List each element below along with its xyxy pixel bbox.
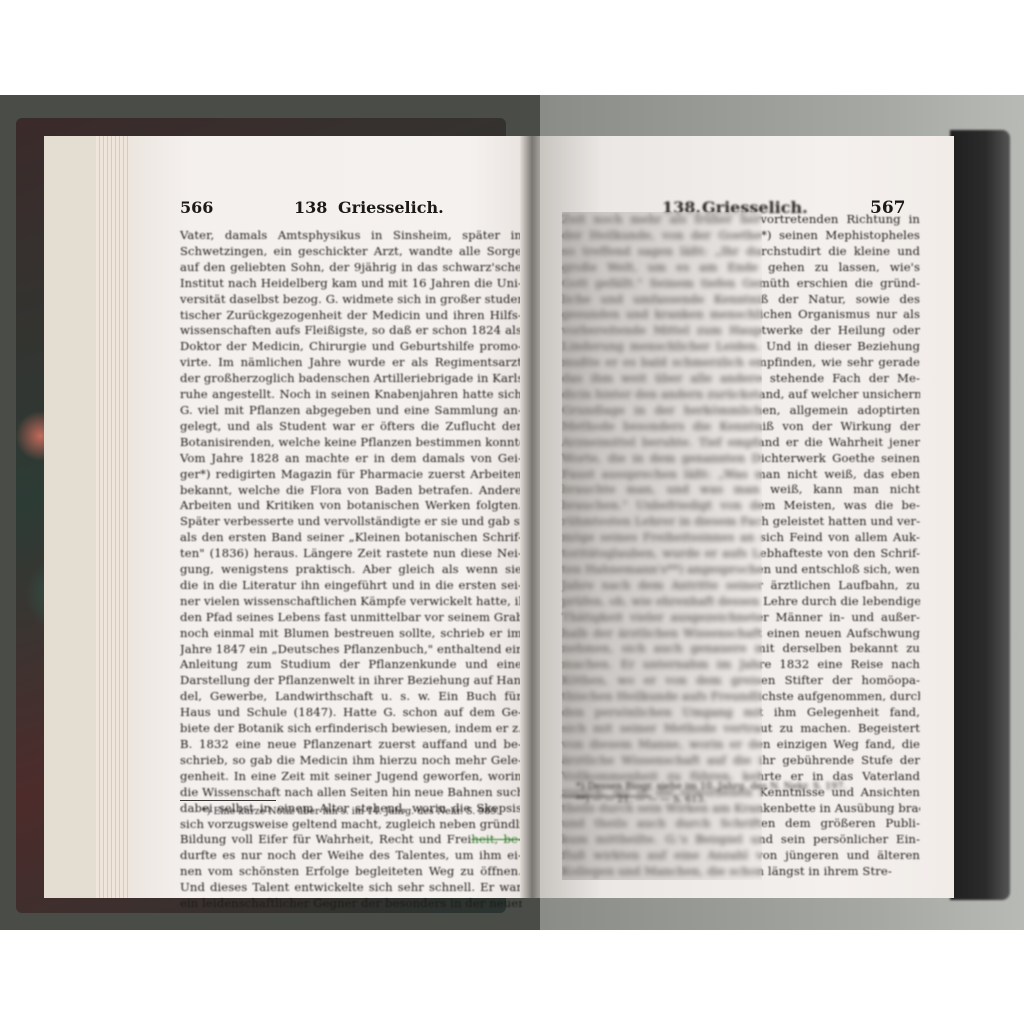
footnote-right-1: *) Dessen Biogr. siehe im 10. Jahrg. des… <box>576 780 846 793</box>
text-line: die Wissenschaft nach allen Seiten hin n… <box>180 785 522 801</box>
text-line: große Welt, um es am Ende gehen zu lasse… <box>562 260 920 276</box>
page-number-left: 566 <box>180 198 213 217</box>
text-line: Arzneimittel beruhte. Tief empfand er di… <box>562 435 920 451</box>
text-line: ruhe angestellt. Noch in seinen Knabenja… <box>180 387 522 403</box>
text-line: Haus und Schule (1847). Hatte G. schon a… <box>180 705 522 721</box>
text-line: den Pfad seines Lebens fast unmittelbar … <box>180 610 522 626</box>
text-line: ein leidenschaftlicher Gegner der besond… <box>180 896 522 912</box>
text-line: auf den geliebten Sohn, der 9jährig in d… <box>180 260 522 276</box>
text-line: Jahre 1847 ein „Deutsches Pflanzenbuch,"… <box>180 642 522 658</box>
text-line: biete der Botanik sich erfinderisch bewi… <box>180 721 522 737</box>
text-line: halb der ärztlichen Wissenschaft einen n… <box>562 626 920 642</box>
text-line: Schwetzingen, ein geschickter Arzt, wand… <box>180 244 522 260</box>
text-line: gelegt, und als Student war er öfters di… <box>180 419 522 435</box>
text-line: Und dieses Talent entwickelte sich sehr … <box>180 880 522 896</box>
text-line: Grundlage in der herkömmlichen, allgemei… <box>562 403 920 419</box>
text-line: nen vom schönsten Erfolge begleiteten We… <box>180 864 522 880</box>
text-line: B. 1832 eine neue Pflanzenart zuerst auf… <box>180 737 522 753</box>
text-line: Institut nach Heidelberg kam und mit 16 … <box>180 276 522 292</box>
text-line: tischer Zurückgezogenheit der Medicin un… <box>180 308 522 324</box>
text-line: nehmen, sich auch genauere mit derselben… <box>562 641 920 657</box>
text-line: vorbereitende Mittel zum Hauptwerke der … <box>562 323 920 339</box>
text-line: Doktor der Medicin, Chirurgie und Geburt… <box>180 339 522 355</box>
footnote-rule-left <box>180 800 276 801</box>
text-line: und theils auch durch Schriften dem größ… <box>562 816 920 832</box>
text-line: genheit. In eine Zeit mit seiner Jugend … <box>180 769 522 785</box>
running-head-title-left: Griesselich. <box>338 198 444 217</box>
text-line: fluß wirkten auf eine Anzahl von jüngere… <box>562 848 920 864</box>
right-page: 138. Griesselich. 567 Zeit noch mehr als… <box>540 136 954 898</box>
book-gutter <box>520 136 542 898</box>
text-line: Vom Jahre 1828 an machte er in dem damal… <box>180 451 522 467</box>
text-line: die in die Literatur ihn eingeführt und … <box>180 578 522 594</box>
text-line: möge seines Freiheitssinnes an sich Fein… <box>562 530 920 546</box>
text-line: der großherzoglich badenschen Artillerie… <box>180 371 522 387</box>
text-line: toritätsglauben, wurde er aufs Lebhaftes… <box>562 546 920 562</box>
text-line: noch einmal mit Blumen bestreuen sollte,… <box>180 626 522 642</box>
text-line: Linderung menschlicher Leiden. Und in di… <box>562 339 920 355</box>
footnotes-right: *) Dessen Biogr. siehe im 10. Jahrg. des… <box>576 780 846 806</box>
text-line: thischen Heilkunde aufs Freundlichste au… <box>562 689 920 705</box>
text-line: dicin hinter den andern zurückstand, auf… <box>562 387 920 403</box>
text-line: G. viel mit Pflanzen abgegeben und eine … <box>180 403 522 419</box>
text-line: versität daselbst bezog. G. widmete sich… <box>180 292 522 308</box>
text-line: bekannt, welche die Flora von Baden betr… <box>180 483 522 499</box>
left-page: 566 138 Griesselich. Vater, damals Amtsp… <box>130 136 530 898</box>
text-line: Methode besonders die Kenntniß von der W… <box>562 419 920 435</box>
text-line: wissenschaften aufs Fleißigste, so daß e… <box>180 323 522 339</box>
text-line: durfte es nur noch der Weihe des Talente… <box>180 848 522 864</box>
text-line: Zeit noch mehr als früher hervortretende… <box>562 212 920 228</box>
text-line: schrieb, so gab die Medicin ihm hierzu n… <box>180 753 522 769</box>
text-line: das ihm weit über alle andere stehende F… <box>562 371 920 387</box>
text-line: brauchen." Unbefriedigt von dem Meisten,… <box>562 498 920 514</box>
book-cover-right-edge <box>950 130 1010 900</box>
running-head-number-left: 138 <box>294 198 327 217</box>
text-line: kum mittheilte. G.'s Beispiel und sein p… <box>562 832 920 848</box>
text-line: Thätigkeit vieler ausgezeichneter Männer… <box>562 610 920 626</box>
text-line: Köthen, wo er von dem greisen Stifter de… <box>562 673 920 689</box>
text-line: virte. Im nämlichen Jahre wurde er als R… <box>180 355 522 371</box>
flyleaf <box>44 136 100 898</box>
text-line: sich vorzugsweise geltend macht, zugleic… <box>180 817 522 833</box>
text-line: Worte, die in dem genannten Dichterwerk … <box>562 451 920 467</box>
text-line: ten Hahnemann's**) angesprochen und ents… <box>562 562 920 578</box>
text-line: der Heilkunde, von der Goethe*) seinen M… <box>562 228 920 244</box>
text-line: Faust aussprechen läßt: „Was man nicht w… <box>562 467 920 483</box>
text-line: den persönlichen Umgang mit ihm Gelegenh… <box>562 705 920 721</box>
text-line: prüfen, ob, wie ehrenhaft dessen Lehre d… <box>562 594 920 610</box>
text-line: Darstellung der Pflanzenwelt in ihrer Be… <box>180 673 522 689</box>
text-line: Kollegen und Manchen, die schon längst i… <box>562 864 920 880</box>
text-line: ner vielen wissenschaftlichen Kämpfe ver… <box>180 594 522 610</box>
green-pen-mark: heit, be- <box>471 832 522 846</box>
text-line: von diesem Manne, worin er den einzigen … <box>562 737 920 753</box>
text-line: Arbeiten und Kritiken von botanischen We… <box>180 498 522 514</box>
text-line: als den ersten Band seiner „Kleinen bota… <box>180 530 522 546</box>
text-line: gesunden und kranken menschlichen Organi… <box>562 307 920 323</box>
text-line: Bildung voll Eifer für Wahrheit, Recht u… <box>180 832 522 848</box>
footnote-left: *) Eine kurze Notiz über ihn s. im 14. J… <box>202 806 499 817</box>
text-line: sich mit seiner Methode vertraut zu mach… <box>562 721 920 737</box>
footnote-right-2: **) — — 21. — — — S. 613. <box>576 793 846 806</box>
text-line: so treffend sagen läßt: „Ihr durchstudir… <box>562 244 920 260</box>
text-line: Anleitung zum Studium der Pflanzenkunde … <box>180 657 522 673</box>
text-line: ger*) redigirten Magazin für Pharmacie z… <box>180 467 522 483</box>
text-line: machen. Er unternahm im Jahre 1832 eine … <box>562 657 920 673</box>
text-line: rühmtesten Lehrer in diesem Fach geleist… <box>562 514 920 530</box>
text-line: Gott gefällt." Seinem tiefen Gemüth ersc… <box>562 276 920 292</box>
text-line: Später verbesserte und vervollständigte … <box>180 514 522 530</box>
text-line: ten" (1836) heraus. Längere Zeit rastete… <box>180 546 522 562</box>
text-line: mußte er es bald schmerzlich empfinden, … <box>562 355 920 371</box>
text-line: brauchte man, und was man weiß, kann man… <box>562 482 920 498</box>
text-line: Botanisirenden, welche keine Pflanzen be… <box>180 435 522 451</box>
text-line: del, Gewerbe, Landwirthschaft u. s. w. E… <box>180 689 522 705</box>
text-line: liche und umfassende Kenntniß der Natur,… <box>562 292 920 308</box>
text-line: Vater, damals Amtsphysikus in Sinsheim, … <box>180 228 522 244</box>
text-line: ärztliche Wissenschaft auf die ihr gebüh… <box>562 753 920 769</box>
text-line: Jahre nach dem Antritte seiner ärztliche… <box>562 578 920 594</box>
text-line: gung, wenigstens praktisch. Aber gleich … <box>180 562 522 578</box>
